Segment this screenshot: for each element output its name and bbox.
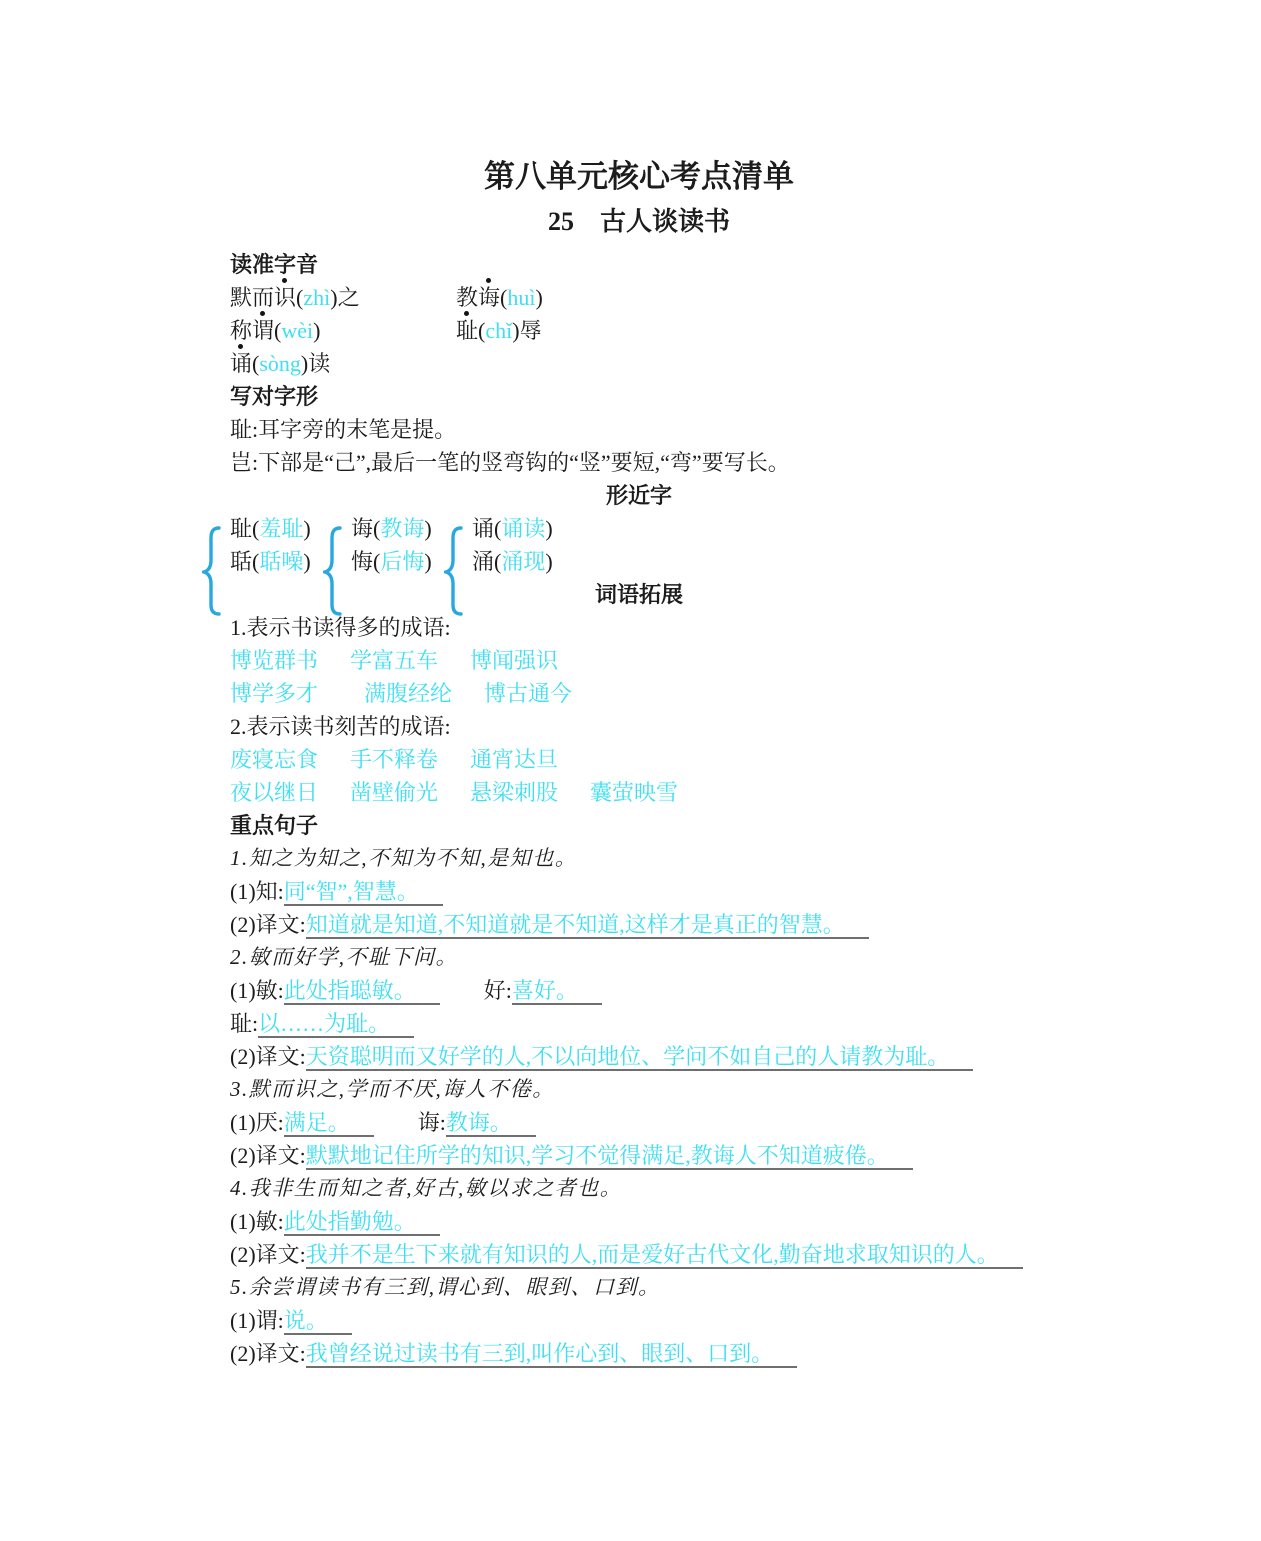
answer-label: (1)谓:: [230, 1308, 284, 1333]
answer-row: (2)译文:我曾经说过读书有三到,叫作心到、眼到、口到。: [230, 1337, 1048, 1370]
answer-blank: 满足。: [284, 1110, 374, 1137]
idiom: 通宵达旦: [470, 747, 558, 772]
similar-char-pair: 诵(诵读): [472, 512, 593, 545]
answer-blank: 说。: [284, 1308, 352, 1335]
word-text: 羞耻: [259, 516, 303, 541]
similar-chars-column: 诵(诵读) 涌(涌现): [472, 512, 593, 578]
answer-label: (2)译文:: [230, 1341, 306, 1366]
char-text: 耻: [230, 516, 252, 541]
answer-label: (1)知:: [230, 879, 284, 904]
key-sentence: 4.我非生而知之者,好古,敏以求之者也。: [230, 1172, 1048, 1205]
answer-row: (2)译文:默默地记住所学的知识,学习不觉得满足,教诲人不知道疲倦。: [230, 1139, 1048, 1172]
word-text: 诵读: [501, 516, 545, 541]
brace-icon: [202, 525, 224, 617]
phonics-item: 教诲(huì): [456, 285, 543, 310]
idiom: 博学多才: [230, 681, 318, 706]
paren-close: ): [545, 516, 552, 541]
idiom: 博览群书: [230, 648, 318, 673]
pinyin-text: chǐ: [485, 318, 512, 343]
answer-label: 诲:: [418, 1110, 446, 1135]
char-text: 读: [308, 351, 330, 376]
key-sentence: 1.知之为知之,不知为不知,是知也。: [230, 842, 1048, 875]
idiom: 废寝忘食: [230, 747, 318, 772]
word-text: 教诲: [380, 516, 424, 541]
idiom-line: 废寝忘食手不释卷通宵达旦: [230, 743, 1048, 776]
section-heading-phonics: 读准字音: [230, 248, 1048, 281]
section-heading-word-expansion: 词语拓展: [230, 578, 1048, 611]
paren-close: ): [545, 549, 552, 574]
brace-icon: [444, 525, 466, 617]
phonics-row: 诵(sòng)读: [230, 347, 1048, 380]
answer-row: (1)敏:此处指勤勉。: [230, 1205, 1048, 1238]
key-sentence: 5.余尝谓读书有三到,谓心到、眼到、口到。: [230, 1271, 1048, 1304]
pinyin-text: sòng: [259, 351, 301, 376]
answer-label: (2)译文:: [230, 1044, 306, 1069]
paren-close: ): [330, 285, 337, 310]
lesson-number: 25: [548, 207, 574, 236]
char-text: 悔: [351, 549, 373, 574]
char-text: 辱: [520, 318, 542, 343]
answer-blank: 默默地记住所学的知识,学习不觉得满足,教诲人不知道疲倦。: [306, 1143, 913, 1170]
answer-label: (1)敏:: [230, 1209, 284, 1234]
answer-row: (1)敏:此处指聪敏。好:喜好。: [230, 974, 1048, 1007]
idiom-group-label: 1.表示书读得多的成语:: [230, 611, 1048, 644]
idiom-group-label: 2.表示读书刻苦的成语:: [230, 710, 1048, 743]
lesson-name: 古人谈读书: [600, 207, 730, 236]
char-text: 教: [456, 285, 478, 310]
char-text: 涌: [472, 549, 494, 574]
char-text: 诲: [351, 516, 373, 541]
answer-label: (1)厌:: [230, 1110, 284, 1135]
answer-row: (1)知:同“智”,智慧。: [230, 875, 1048, 908]
answer-blank: 我曾经说过读书有三到,叫作心到、眼到、口到。: [306, 1341, 798, 1368]
answer-label: (2)译文:: [230, 1143, 306, 1168]
answer-blank: 教诲。: [446, 1110, 536, 1137]
key-sentence: 3.默而识之,学而不厌,诲人不倦。: [230, 1073, 1048, 1106]
idiom: 手不释卷: [350, 747, 438, 772]
char-text: 诵: [472, 516, 494, 541]
word-text: 涌现: [501, 549, 545, 574]
page-title: 第八单元核心考点清单: [230, 156, 1048, 198]
idiom: 囊萤映雪: [590, 780, 678, 805]
emphasized-char: 谓: [252, 318, 274, 343]
answer-row: (1)谓:说。: [230, 1304, 1048, 1337]
answer-row: (2)译文:知道就是知道,不知道就是不知道,这样才是真正的智慧。: [230, 908, 1048, 941]
phonics-item: 耻(chǐ)辱: [456, 318, 542, 343]
paren-close: ): [424, 549, 431, 574]
phonics-row: 默而识(zhì)之教诲(huì): [230, 281, 1048, 314]
worksheet-content: 第八单元核心考点清单 25古人谈读书 读准字音 默而识(zhì)之教诲(huì)…: [230, 156, 1048, 1370]
emphasized-char: 诵: [230, 351, 252, 376]
char-form-line: 岂:下部是“己”,最后一笔的竖弯钩的“竖”要短,“弯”要写长。: [230, 446, 1048, 479]
brace-icon: [323, 525, 345, 617]
answer-blank: 喜好。: [512, 978, 602, 1005]
answer-label: 好:: [484, 978, 512, 1003]
char-text: 聒: [230, 549, 252, 574]
idiom: 博闻强识: [470, 648, 558, 673]
section-heading-similar-chars: 形近字: [230, 479, 1048, 512]
answer-label: (2)译文:: [230, 1242, 306, 1267]
phonics-item: 诵(sòng)读: [230, 351, 330, 376]
idiom-line: 博览群书学富五车博闻强识: [230, 644, 1048, 677]
answer-row: (1)厌:满足。诲:教诲。: [230, 1106, 1048, 1139]
char-form-line: 耻:耳字旁的末笔是提。: [230, 413, 1048, 446]
idiom: 夜以继日: [230, 780, 318, 805]
paren-close: ): [424, 516, 431, 541]
emphasized-char: 耻: [456, 318, 478, 343]
paren-close: ): [535, 285, 542, 310]
similar-chars-grid: 耻(羞耻) 聒(聒噪) 诲(教诲) 悔(后悔) 诵(诵读) 涌(涌现): [230, 512, 1048, 578]
answer-blank: 天资聪明而又好学的人,不以向地位、学问不如自己的人请教为耻。: [306, 1044, 974, 1071]
word-text: 聒噪: [259, 549, 303, 574]
idiom: 学富五车: [350, 648, 438, 673]
lesson-heading: 25古人谈读书: [230, 204, 1048, 240]
similar-char-pair: 涌(涌现): [472, 545, 593, 578]
phonics-row: 称谓(wèi)耻(chǐ)辱: [230, 314, 1048, 347]
paren-close: ): [303, 516, 310, 541]
key-sentence: 2.敏而好学,不耻下问。: [230, 941, 1048, 974]
idiom: 满腹经纶: [364, 681, 452, 706]
answer-label: (2)译文:: [230, 912, 306, 937]
answer-row: (2)译文:天资聪明而又好学的人,不以向地位、学问不如自己的人请教为耻。: [230, 1040, 1048, 1073]
answer-row: (2)译文:我并不是生下来就有知识的人,而是爱好古代文化,勤奋地求取知识的人。: [230, 1238, 1048, 1271]
emphasized-char: 诲: [478, 285, 500, 310]
section-heading-char-form: 写对字形: [230, 380, 1048, 413]
char-text: 默而: [230, 285, 274, 310]
paren-close: ): [512, 318, 519, 343]
idiom-line: 夜以继日凿壁偷光悬梁刺股囊萤映雪: [230, 776, 1048, 809]
section-heading-key-sentences: 重点句子: [230, 809, 1048, 842]
answer-blank: 知道就是知道,不知道就是不知道,这样才是真正的智慧。: [306, 912, 869, 939]
pinyin-text: zhì: [303, 285, 330, 310]
answer-blank: 此处指勤勉。: [284, 1209, 440, 1236]
pinyin-text: huì: [507, 285, 535, 310]
phonics-item: 默而识(zhì)之: [230, 281, 456, 314]
worksheet-page: 第八单元核心考点清单 25古人谈读书 读准字音 默而识(zhì)之教诲(huì)…: [0, 0, 1261, 1541]
idiom: 悬梁刺股: [470, 780, 558, 805]
paren-close: ): [303, 549, 310, 574]
answer-blank: 我并不是生下来就有知识的人,而是爱好古代文化,勤奋地求取知识的人。: [306, 1242, 1023, 1269]
answer-label: 耻:: [230, 1011, 258, 1036]
answer-row: 耻:以……为耻。: [230, 1007, 1048, 1040]
idiom: 博古通今: [484, 681, 572, 706]
answer-blank: 此处指聪敏。: [284, 978, 440, 1005]
char-text: 称: [230, 318, 252, 343]
answer-blank: 同“智”,智慧。: [284, 879, 443, 906]
char-text: 之: [338, 285, 360, 310]
pinyin-text: wèi: [281, 318, 313, 343]
emphasized-char: 识: [274, 285, 296, 310]
answer-blank: 以……为耻。: [258, 1011, 414, 1038]
paren-close: ): [313, 318, 320, 343]
idiom-line: 博学多才满腹经纶博古通今: [230, 677, 1048, 710]
idiom: 凿壁偷光: [350, 780, 438, 805]
phonics-item: 称谓(wèi): [230, 314, 456, 347]
answer-label: (1)敏:: [230, 978, 284, 1003]
word-text: 后悔: [380, 549, 424, 574]
